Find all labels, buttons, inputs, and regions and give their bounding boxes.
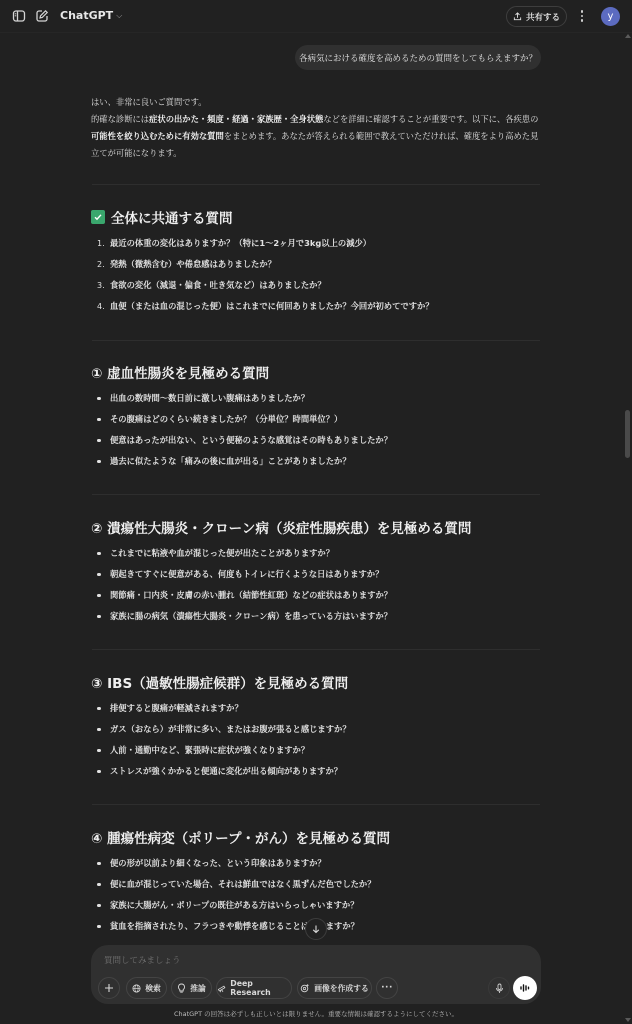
section-heading: ④ 腫瘍性病変（ポリープ・がん）を見極める質問 (91, 827, 541, 847)
question-text: 最近の体重の変化はありますか？（特に1〜2ヶ月で3kg以上の減少） (110, 233, 371, 254)
list-item: 便に血が混じっていた場合、それは鮮血ではなく黒ずんだ色でしたか？ (91, 874, 541, 895)
scrollbar-thumb[interactable] (625, 410, 630, 458)
arrow-down-icon (311, 924, 321, 934)
list-number: 1. (91, 233, 110, 254)
list-item: これまでに粘液や血が混じった便が出たことがありますか？ (91, 543, 541, 564)
sidebar-icon (12, 9, 26, 23)
list-item: 4.血便（または血の混じった便）はこれまでに何回ありましたか？今回が初めてですか… (91, 296, 541, 317)
voice-mode-button[interactable] (513, 976, 537, 1000)
upload-icon (513, 12, 522, 21)
question-text: 人前・通勤中など、緊張時に症状が強くなりますか？ (110, 740, 309, 761)
plus-icon (104, 983, 114, 993)
model-name: ChatGPT (60, 9, 113, 22)
section-ibd: ② 潰瘍性大腸炎・クローン病（炎症性腸疾患）を見極める質問 これまでに粘液や血が… (91, 517, 541, 627)
list-item: 出血の数時間〜数日前に激しい腹痛はありましたか？ (91, 388, 541, 409)
list-item: 家族に腸の病気（潰瘍性大腸炎・クローン病）を患っている方はいますか？ (91, 606, 541, 627)
telescope-icon (217, 984, 226, 993)
section-heading: ① 虚血性腸炎を見極める質問 (91, 362, 541, 382)
question-text: 食欲の変化（減退・偏食・吐き気など）はありましたか？ (110, 275, 326, 296)
question-text: その腹痛はどのくらい続きましたか？（分単位？時間単位？） (110, 409, 342, 430)
section-ibs: ③ IBS（過敏性腸症候群）を見極める質問 排便すると腹痛が軽減されますか？ ガ… (91, 672, 541, 782)
sidebar-toggle-button[interactable] (11, 8, 27, 24)
section-heading: ② 潰瘍性大腸炎・クローン病（炎症性腸疾患）を見極める質問 (91, 517, 541, 537)
share-label: 共有する (526, 11, 560, 23)
bullet-icon (91, 770, 110, 774)
avatar[interactable]: y (601, 7, 620, 26)
list-item: 家族に大腸がん・ポリープの既往がある方はいらっしゃいますか？ (91, 895, 541, 916)
bullet-icon (91, 862, 110, 866)
section-divider (92, 340, 540, 341)
edit-icon (35, 9, 49, 23)
section-title: 全体に共通する質問 (111, 207, 233, 227)
question-text: 関節痛・口内炎・皮膚の赤い腫れ（結節性紅斑）などの症状はありますか？ (110, 585, 392, 606)
section-divider (92, 649, 540, 650)
list-item: 朝起きてすぐに便意がある、何度もトイレに行くような日はありますか？ (91, 564, 541, 585)
question-text: これまでに粘液や血が混じった便が出たことがありますか？ (110, 543, 334, 564)
section-title: ③ IBS（過敏性腸症候群）を見極める質問 (91, 672, 348, 692)
intro-text: などを詳細に確認することが重要です。以下に、各疾患の (323, 114, 538, 124)
scrollbar-track[interactable] (622, 33, 632, 991)
list-item: 過去に似たような「痛みの後に血が出る」ことがありましたか？ (91, 451, 541, 472)
section-divider (92, 804, 540, 805)
list-item: ガス（おなら）が非常に多い、またはお腹が張ると感じますか？ (91, 719, 541, 740)
question-text: ストレスが強くかかると便通に変化が出る傾向がありますか？ (110, 761, 342, 782)
question-text: 家族に大腸がん・ポリープの既往がある方はいらっしゃいますか？ (110, 895, 359, 916)
list-item: 人前・通勤中など、緊張時に症状が強くなりますか？ (91, 740, 541, 761)
search-label: 検索 (145, 983, 161, 994)
question-list: 1.最近の体重の変化はありますか？（特に1〜2ヶ月で3kg以上の減少） 2.発熱… (91, 233, 541, 317)
bullet-icon (91, 925, 110, 929)
kebab-dot (581, 19, 584, 22)
disclaimer-text: ChatGPT の回答は必ずしも正しいとは限りません。重要な情報は確認するように… (0, 1009, 632, 1018)
question-text: 便意はあったが出ない、という便秘のような感覚はその時もありましたか？ (110, 430, 392, 451)
kebab-dot (581, 15, 584, 18)
section-heading: 全体に共通する質問 (91, 207, 541, 227)
question-text: 家族に腸の病気（潰瘍性大腸炎・クローン病）を患っている方はいますか？ (110, 606, 392, 627)
top-bar: ChatGPT ⌵ 共有する y (0, 0, 632, 33)
bullet-icon (91, 883, 110, 887)
bullet-icon (91, 552, 110, 556)
more-horizontal-icon: ··· (381, 984, 393, 993)
bullet-icon (91, 460, 110, 464)
question-text: 朝起きてすぐに便意がある、何度もトイレに行くような日はありますか？ (110, 564, 383, 585)
dictate-button[interactable] (488, 977, 510, 999)
chevron-down-icon: ⌵ (116, 11, 122, 21)
lightbulb-icon (177, 983, 186, 993)
bullet-icon (91, 615, 110, 619)
model-selector[interactable]: ChatGPT ⌵ (60, 9, 122, 22)
bullet-icon (91, 904, 110, 908)
intro-line-1: はい、非常に良いご質問です。 (91, 94, 541, 111)
question-text: 便に血が混じっていた場合、それは鮮血ではなく黒ずんだ色でしたか？ (110, 874, 376, 895)
globe-icon (132, 984, 141, 993)
section-divider (92, 184, 540, 185)
intro-bold: 可能性を絞り込むために有効な質問 (91, 131, 224, 141)
list-item: 排便すると腹痛が軽減されますか？ (91, 698, 541, 719)
section-title: ② 潰瘍性大腸炎・クローン病（炎症性腸疾患）を見極める質問 (91, 517, 471, 537)
composer: 検索 推論 Deep Research 画像を作成する ··· (91, 945, 541, 1004)
new-chat-button[interactable] (34, 8, 50, 24)
bullet-icon (91, 594, 110, 598)
scroll-down-arrow-icon[interactable] (625, 1018, 631, 1022)
bullet-icon (91, 728, 110, 732)
bullet-icon (91, 439, 110, 443)
question-list: 排便すると腹痛が軽減されますか？ ガス（おなら）が非常に多い、またはお腹が張ると… (91, 698, 541, 782)
question-text: 血便（または血の混じった便）はこれまでに何回ありましたか？今回が初めてですか？ (110, 296, 434, 317)
section-divider (92, 494, 540, 495)
reasoning-button[interactable]: 推論 (171, 977, 212, 999)
deep-research-label: Deep Research (230, 979, 291, 997)
bullet-icon (91, 707, 110, 711)
question-text: ガス（おなら）が非常に多い、またはお腹が張ると感じますか？ (110, 719, 351, 740)
share-button[interactable]: 共有する (506, 6, 567, 27)
list-item: その腹痛はどのくらい続きましたか？（分単位？時間単位？） (91, 409, 541, 430)
create-image-button[interactable]: 画像を作成する (297, 977, 372, 999)
prompt-input[interactable] (104, 956, 524, 966)
bullet-icon (91, 397, 110, 401)
section-common-questions: 全体に共通する質問 1.最近の体重の変化はありますか？（特に1〜2ヶ月で3kg以… (91, 207, 541, 317)
list-number: 4. (91, 296, 110, 317)
list-item: 便の形が以前より細くなった、という印象はありますか？ (91, 853, 541, 874)
voice-mode-icon (519, 983, 531, 993)
scroll-to-bottom-button[interactable] (305, 918, 327, 940)
scroll-up-arrow-icon[interactable] (625, 34, 631, 38)
create-image-label: 画像を作成する (314, 983, 369, 994)
search-button[interactable]: 検索 (126, 977, 167, 999)
intro-paragraph: 的確な診断には症状の出かた・頻度・経過・家族歴・全身状態などを詳細に確認すること… (91, 111, 541, 162)
question-text: 過去に似たような「痛みの後に血が出る」ことがありましたか？ (110, 451, 351, 472)
question-list: これまでに粘液や血が混じった便が出たことがありますか？ 朝起きてすぐに便意がある… (91, 543, 541, 627)
reasoning-label: 推論 (190, 983, 206, 994)
question-text: 排便すると腹痛が軽減されますか？ (110, 698, 243, 719)
question-text: 便の形が以前より細くなった、という印象はありますか？ (110, 853, 326, 874)
bullet-icon (91, 418, 110, 422)
conversation-options-button[interactable] (576, 7, 588, 25)
assistant-intro: はい、非常に良いご質問です。 的確な診断には症状の出かた・頻度・経過・家族歴・全… (91, 94, 541, 162)
mic-icon (495, 983, 504, 994)
list-number: 2. (91, 254, 110, 275)
check-box-icon (91, 210, 105, 224)
question-text: 出血の数時間〜数日前に激しい腹痛はありましたか？ (110, 388, 309, 409)
section-title: ① 虚血性腸炎を見極める質問 (91, 362, 269, 382)
list-item: 3.食欲の変化（減退・偏食・吐き気など）はありましたか？ (91, 275, 541, 296)
list-item: ストレスが強くかかると便通に変化が出る傾向がありますか？ (91, 761, 541, 782)
list-item: 2.発熱（微熱含む）や倦怠感はありましたか？ (91, 254, 541, 275)
list-item: 1.最近の体重の変化はありますか？（特に1〜2ヶ月で3kg以上の減少） (91, 233, 541, 254)
question-text: 発熱（微熱含む）や倦怠感はありましたか？ (110, 254, 276, 275)
user-message-text: 各病気における確度を高めるための質問をしてもらえますか？ (299, 52, 537, 64)
section-title: ④ 腫瘍性病変（ポリープ・がん）を見極める質問 (91, 827, 390, 847)
user-message-bubble: 各病気における確度を高めるための質問をしてもらえますか？ (295, 45, 541, 70)
intro-text: 的確な診断には (91, 114, 149, 124)
list-item: 便意はあったが出ない、という便秘のような感覚はその時もありましたか？ (91, 430, 541, 451)
intro-bold: 症状の出かた・頻度・経過・家族歴・全身状態 (149, 114, 323, 124)
add-attachment-button[interactable] (98, 977, 120, 999)
deep-research-button[interactable]: Deep Research (216, 977, 292, 999)
list-number: 3. (91, 275, 110, 296)
list-item: 関節痛・口内炎・皮膚の赤い腫れ（結節性紅斑）などの症状はありますか？ (91, 585, 541, 606)
bullet-icon (91, 573, 110, 577)
more-tools-button[interactable]: ··· (376, 977, 398, 999)
image-create-icon (300, 983, 310, 993)
bullet-icon (91, 749, 110, 753)
section-heading: ③ IBS（過敏性腸症候群）を見極める質問 (91, 672, 541, 692)
question-list: 出血の数時間〜数日前に激しい腹痛はありましたか？ その腹痛はどのくらい続きました… (91, 388, 541, 472)
kebab-icon (581, 10, 584, 13)
section-ischemic-colitis: ① 虚血性腸炎を見極める質問 出血の数時間〜数日前に激しい腹痛はありましたか？ … (91, 362, 541, 472)
